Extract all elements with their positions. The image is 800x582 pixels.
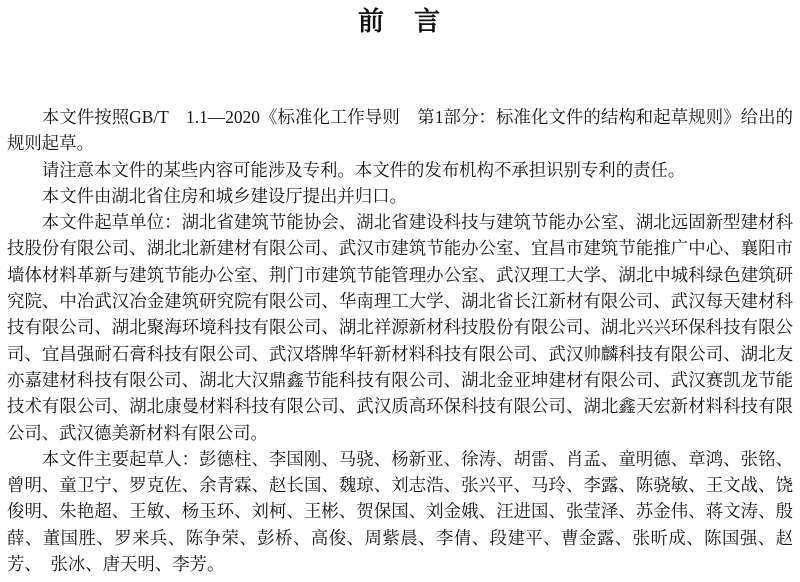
- para-drafting-organizations: 本文件起草单位：湖北省建筑节能协会、湖北省建设科技与建筑节能办公室、湖北远固新型…: [7, 209, 793, 446]
- document-page: 前 言 本文件按照GB/T 1.1—2020《标准化工作导则 第1部分：标准化文…: [0, 0, 800, 582]
- document-body: 本文件按照GB/T 1.1—2020《标准化工作导则 第1部分：标准化文件的结构…: [7, 104, 793, 577]
- para-patent-notice: 请注意本文件的某些内容可能涉及专利。本文件的发布机构不承担识别专利的责任。: [7, 157, 793, 183]
- para-drafting-rule: 本文件按照GB/T 1.1—2020《标准化工作导则 第1部分：标准化文件的结构…: [7, 104, 793, 157]
- para-proposed-by: 本文件由湖北省住房和城乡建设厅提出并归口。: [7, 183, 793, 209]
- page-title: 前 言: [7, 6, 793, 38]
- para-main-drafters: 本文件主要起草人：彭德柱、李国刚、马骁、杨新亚、徐涛、胡雷、肖孟、童明德、章鸿、…: [7, 446, 793, 577]
